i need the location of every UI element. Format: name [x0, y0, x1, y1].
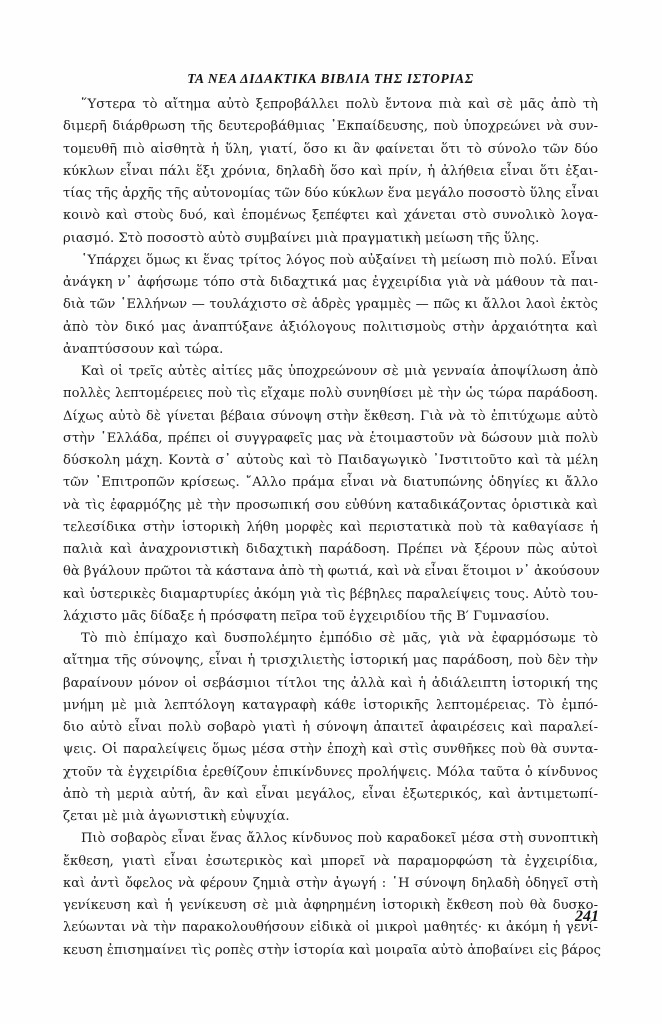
- text-line: μνήμη μὲ μιὰ λεπτόλογη καταγραφὴ κάθε ἱσ…: [63, 695, 598, 717]
- text-line: ῞Υστερα τὸ αἴτημα αὐτὸ ξεπροβάλλει πολὺ …: [63, 94, 598, 116]
- text-line: γενίκευση καὶ ἡ γενίκευση σὲ μιὰ ἀφηρημέ…: [63, 895, 598, 917]
- text-line: κευση ἐπισημαίνει τὶς ροπὲς στὴν ἱστορία…: [63, 940, 598, 962]
- text-line: ἀναπτύσσουν καὶ τώρα.: [63, 339, 598, 361]
- paragraph-1: ῞Υστερα τὸ αἴτημα αὐτὸ ξεπροβάλλει πολὺ …: [63, 94, 598, 250]
- text-line: Τὸ πιὸ ἐπίμαχο καὶ δυσπολέμητο ἐμπόδιο σ…: [63, 628, 598, 650]
- text-line: νὰ τὶς ἐφαρμόζης μὲ τὴν προσωπική σου εὐ…: [63, 495, 598, 517]
- text-line: ψεις. Οἱ παραλείψεις ὅμως μέσα στὴν ἐποχ…: [63, 739, 598, 761]
- text-line: ζεται μὲ μιὰ ἀγωνιστικὴ εὐψυχία.: [63, 806, 598, 828]
- text-line: ἔκθεση, γιατὶ εἶναι ἐσωτερικὸς καὶ μπορε…: [63, 851, 598, 873]
- text-line: ῾Υπάρχει ὅμως κι ἕνας τρίτος λόγος ποὺ α…: [63, 250, 598, 272]
- book-page: ΤΑ ΝΕΑ ΔΙΔΑΚΤΙΚΑ ΒΙΒΛΙΑ ΤΗΣ ΙΣΤΟΡΙΑΣ ῞Υσ…: [0, 0, 662, 1024]
- paragraph-3: Καὶ οἱ τρεῖς αὐτὲς αἰτίες μᾶς ὑποχρεώνου…: [63, 361, 598, 628]
- text-line: ριασμό. Στὸ ποσοστὸ αὐτὸ συμβαίνει μιὰ π…: [63, 228, 598, 250]
- paragraph-2: ῾Υπάρχει ὅμως κι ἕνας τρίτος λόγος ποὺ α…: [63, 250, 598, 361]
- paragraph-5: Πιὸ σοβαρὸς εἶναι ἕνας ἄλλος κίνδυνος πο…: [63, 828, 598, 962]
- text-line: αἴτημα τῆς σύνοψης, εἶναι ἡ τρισχιλιετὴς…: [63, 650, 598, 672]
- text-line: παλιὰ καὶ ἀναχρονιστικὴ διδαχτικὴ παράδο…: [63, 539, 598, 561]
- text-line: πολλὲς λεπτομέρειες ποὺ τὶς εἴχαμε πολὺ …: [63, 383, 598, 405]
- text-line: ἀπὸ τὴ μεριὰ αὐτή, ἂν καὶ εἶναι μεγάλος,…: [63, 784, 598, 806]
- text-line: τῶν ᾿Επιτροπῶν κρίσεως. ῎Αλλο πράμα εἶνα…: [63, 472, 598, 494]
- text-line: τομευθῆ πιὸ αἰσθητὰ ἡ ὕλη, γιατί, ὅσο κι…: [63, 139, 598, 161]
- text-line: λάχιστο μᾶς δίδαξε ἡ πρόσφατη πεῖρα τοῦ …: [63, 606, 598, 628]
- text-line: κοινὸ καὶ στοὺς δυό, καὶ ἑπομένως ξεπέφτ…: [63, 205, 598, 227]
- text-line: Δίχως αὐτὸ δὲ γίνεται βέβαια σύνοψη στὴν…: [63, 406, 598, 428]
- text-line: θὰ βγάλουν πρῶτοι τὰ κάστανα ἀπὸ τὴ φωτι…: [63, 561, 598, 583]
- text-line: τελεσίδικα στὴν ἱστορικὴ λήθη μορφὲς καὶ…: [63, 517, 598, 539]
- text-line: καὶ ὑστερικὲς διαμαρτυρίες ἀκόμη γιὰ τὶς…: [63, 584, 598, 606]
- page-number: 241: [575, 908, 599, 926]
- text-line: βαραίνουν μόνον οἱ σεβάσμιοι τίτλοι της …: [63, 673, 598, 695]
- text-line: ἀνάγκη ν᾿ ἀφήσωμε τόπο στὰ διδαχτικά μας…: [63, 272, 598, 294]
- text-line: χτοῦν τὰ ἐγχειρίδια ἐρεθίζουν ἐπικίνδυνε…: [63, 762, 598, 784]
- text-line: διὰ τῶν ῾Ελλήνων — τουλάχιστο σὲ ἁδρὲς γ…: [63, 294, 598, 316]
- body-text: ῞Υστερα τὸ αἴτημα αὐτὸ ξεπροβάλλει πολὺ …: [63, 94, 598, 962]
- text-line: δύσκολη μάχη. Κοντὰ σ᾿ αὐτοὺς καὶ τὸ Παι…: [63, 450, 598, 472]
- text-line: τίας τῆς ἀρχῆς τῆς αὐτονομίας τῶν δύο κύ…: [63, 183, 598, 205]
- text-line: λεύωνται νὰ τὴν παρακολουθήσουν εἰδικὰ ο…: [63, 917, 598, 939]
- text-line: Πιὸ σοβαρὸς εἶναι ἕνας ἄλλος κίνδυνος πο…: [63, 828, 598, 850]
- text-line: κύκλων εἶναι πάλι ἕξι χρόνια, δηλαδὴ ὅσο…: [63, 161, 598, 183]
- text-line: καὶ ἀντὶ ὄφελος νὰ φέρουν ζημιὰ στὴν ἀγω…: [63, 873, 598, 895]
- paragraph-4: Τὸ πιὸ ἐπίμαχο καὶ δυσπολέμητο ἐμπόδιο σ…: [63, 628, 598, 828]
- running-title: ΤΑ ΝΕΑ ΔΙΔΑΚΤΙΚΑ ΒΙΒΛΙΑ ΤΗΣ ΙΣΤΟΡΙΑΣ: [63, 71, 598, 87]
- text-line: ἀπὸ τὸν δικό μας ἀναπτύξανε ἀξιόλογους π…: [63, 317, 598, 339]
- text-line: στὴν ῾Ελλάδα, πρέπει οἱ συγγραφεῖς μας ν…: [63, 428, 598, 450]
- text-line: διο αὐτὸ εἶναι πολὺ σοβαρὸ γιατὶ ἡ σύνοψ…: [63, 717, 598, 739]
- text-line: διμερῆ διάρθρωση τῆς δευτεροβάθμιας ᾿Εκπ…: [63, 116, 598, 138]
- text-line: Καὶ οἱ τρεῖς αὐτὲς αἰτίες μᾶς ὑποχρεώνου…: [63, 361, 598, 383]
